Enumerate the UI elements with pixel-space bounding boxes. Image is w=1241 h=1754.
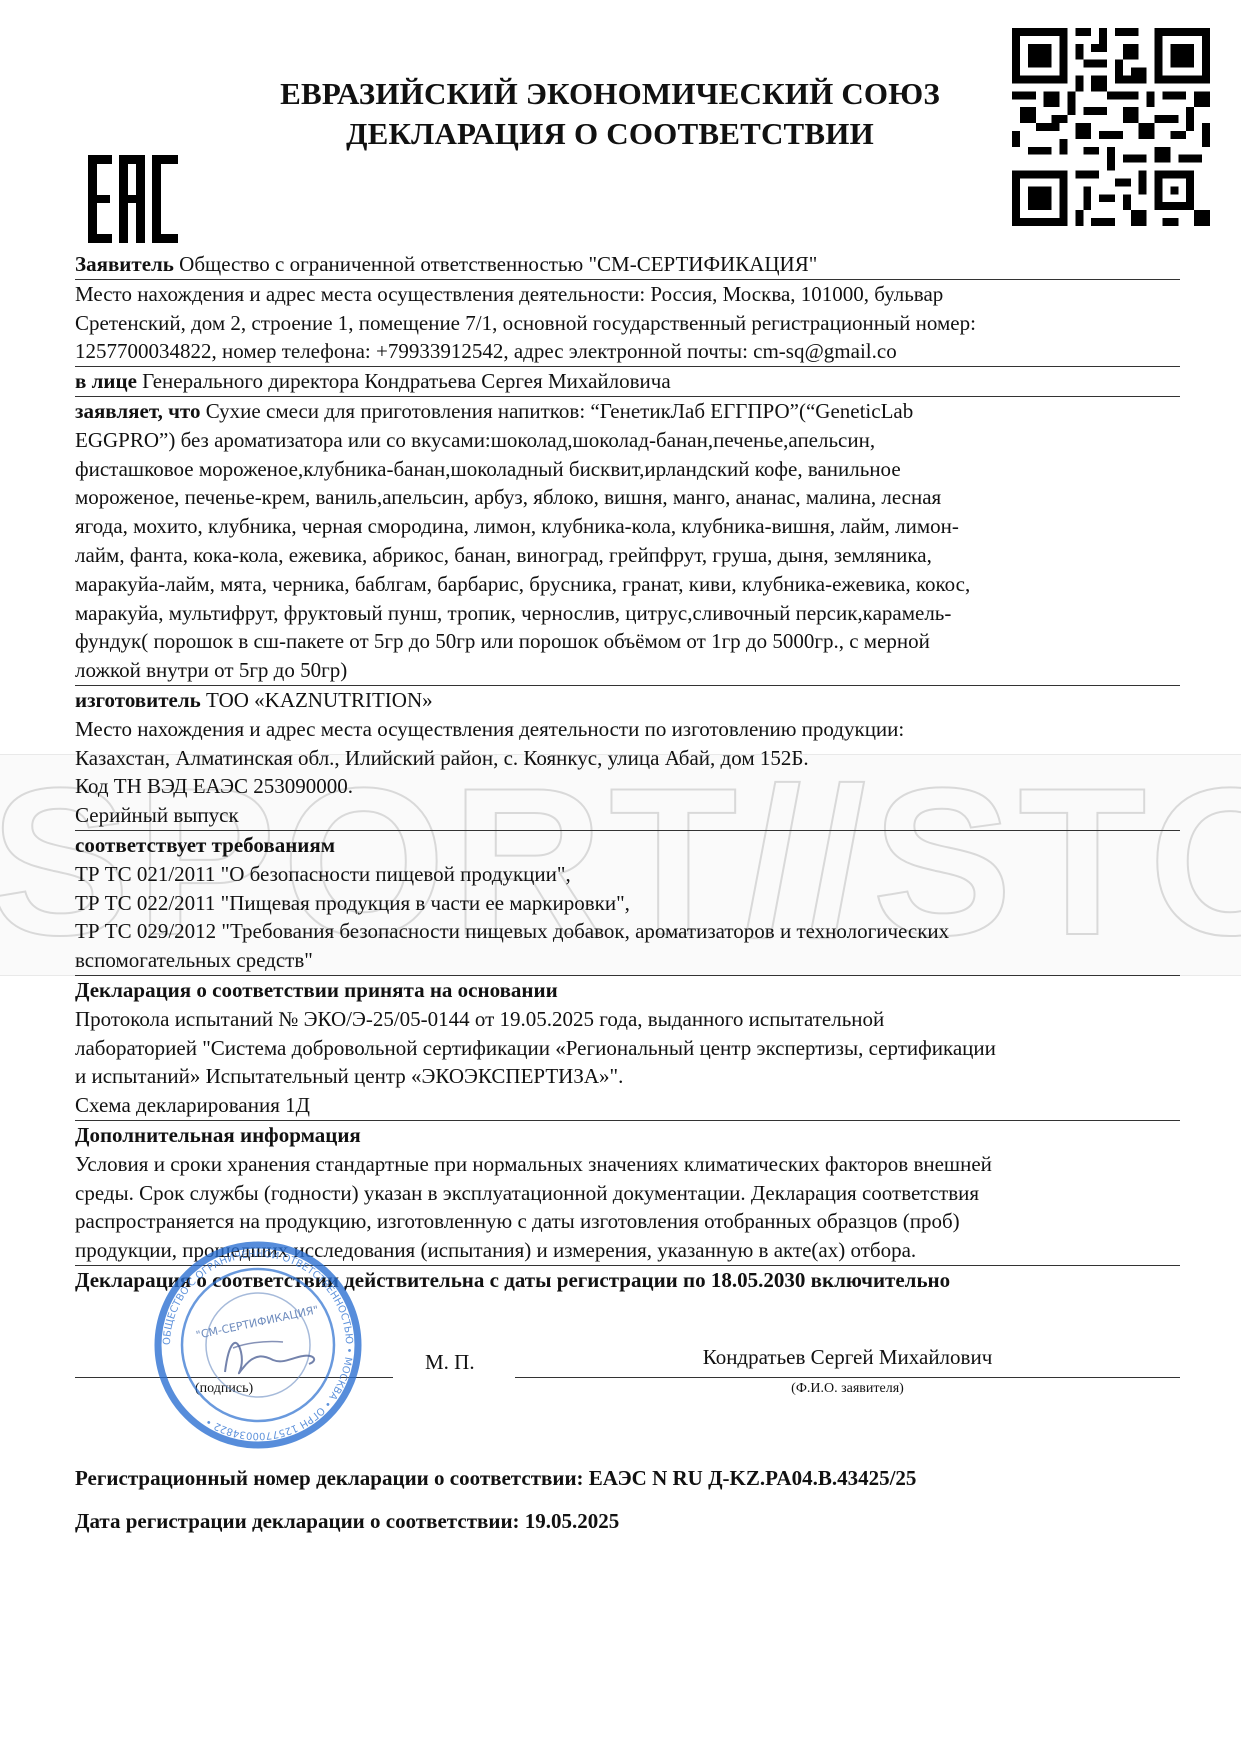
stamp-text: "СМ-СЕРТИФИКАЦИЯ" <box>195 1303 320 1342</box>
basis-line: лабораторией "Система добровольной серти… <box>75 1034 1180 1063</box>
requirement-item: вспомогательных средств" <box>75 946 1180 975</box>
requirements-label: соответствует требованиям <box>75 831 1180 860</box>
declares-line: EGGPRO”) без ароматизатора или со вкусам… <box>75 426 1180 455</box>
requirement-item: ТР ТС 029/2012 "Требования безопасности … <box>75 917 1180 946</box>
declares-line: маракуйа, мультифрут, фруктовый пунш, тр… <box>75 599 1180 628</box>
signature-caption: (подпись) <box>195 1381 253 1397</box>
qr-code-icon <box>1012 28 1210 226</box>
manufacturer-detail: Серийный выпуск <box>75 801 1180 830</box>
eac-logo-icon <box>88 155 178 243</box>
additional-info-line: среды. Срок службы (годности) указан в э… <box>75 1179 1180 1208</box>
applicant-section: Заявитель Общество с ограниченной ответс… <box>75 250 1180 1295</box>
applicant-address-line: 1257700034822, номер телефона: +79933912… <box>75 337 1180 366</box>
additional-info-label: Дополнительная информация <box>75 1121 1180 1150</box>
document-title: ЕВРАЗИЙСКИЙ ЭКОНОМИЧЕСКИЙ СОЮЗ ДЕКЛАРАЦИ… <box>240 74 980 154</box>
declares-label: заявляет, что <box>75 399 200 423</box>
title-line-union: ЕВРАЗИЙСКИЙ ЭКОНОМИЧЕСКИЙ СОЮЗ <box>240 74 980 114</box>
declares-line: ягода, мохито, клубника, черная смородин… <box>75 512 1180 541</box>
applicant-name-line <box>515 1377 1180 1378</box>
applicant-name: Кондратьев Сергей Михайлович <box>515 1345 1180 1370</box>
applicant-address-line: Сретенский, дом 2, строение 1, помещение… <box>75 309 1180 338</box>
registration-date: Дата регистрации декларации о соответств… <box>75 1509 619 1534</box>
basis-section: Декларация о соответствии принята на осн… <box>75 976 1180 1121</box>
additional-info-line: Условия и сроки хранения стандартные при… <box>75 1150 1180 1179</box>
manufacturer-section: изготовитель ТОО «KAZNUTRITION» Место на… <box>75 686 1180 831</box>
manufacturer-detail: Код ТН ВЭД ЕАЭС 253090000. <box>75 772 1180 801</box>
additional-info-section: Дополнительная информация Условия и срок… <box>75 1121 1180 1266</box>
manufacturer-detail: Казахстан, Алматинская обл., Илийский ра… <box>75 744 1180 773</box>
represented-by-line: в лице Генерального директора Кондратьев… <box>75 367 1180 397</box>
represented-by-value: Генерального директора Кондратьева Серге… <box>137 369 671 393</box>
requirements-section: соответствует требованиям ТР ТС 021/2011… <box>75 831 1180 976</box>
declares-section: заявляет, что Сухие смеси для приготовле… <box>75 397 1180 686</box>
requirement-item: ТР ТС 022/2011 "Пищевая продукция в част… <box>75 889 1180 918</box>
manufacturer-label: изготовитель <box>75 688 201 712</box>
additional-info-line: продукции, прошедших исследования (испыт… <box>75 1236 1180 1265</box>
declares-line: маракуйа-лайм, мята, черника, баблгам, б… <box>75 570 1180 599</box>
manufacturer-value: ТОО «KAZNUTRITION» <box>201 688 433 712</box>
declares-line: фисташковое мороженое,клубника-банан,шок… <box>75 455 1180 484</box>
declares-line: мороженое, печенье-крем, ваниль,апельсин… <box>75 483 1180 512</box>
signature-area: (подпись) М. П. Кондратьев Сергей Михайл… <box>75 1340 1180 1420</box>
declares-product: Сухие смеси для приготовления напитков: … <box>200 399 913 423</box>
validity-statement: Декларация о соответствии действительна … <box>75 1266 1180 1295</box>
applicant-label: Заявитель <box>75 252 174 276</box>
additional-info-line: распространяется на продукцию, изготовле… <box>75 1207 1180 1236</box>
declaration-page: SPORT//STORE ЕВРАЗИЙСКИЙ ЭКОНОМИЧЕСКИЙ С… <box>0 0 1241 1754</box>
basis-label: Декларация о соответствии принята на осн… <box>75 976 1180 1005</box>
basis-line: Схема декларирования 1Д <box>75 1091 1180 1120</box>
applicant-value: Общество с ограниченной ответственностью… <box>174 252 817 276</box>
declares-line: фундук( порошок в сш-пакете от 5гр до 50… <box>75 627 1180 656</box>
title-line-declaration: ДЕКЛАРАЦИЯ О СООТВЕТСТВИИ <box>240 114 980 154</box>
applicant-line: Заявитель Общество с ограниченной ответс… <box>75 250 1180 280</box>
registration-number: Регистрационный номер декларации о соотв… <box>75 1466 916 1491</box>
basis-line: Протокола испытаний № ЭКО/Э-25/05-0144 о… <box>75 1005 1180 1034</box>
applicant-name-caption: (Ф.И.О. заявителя) <box>515 1381 1180 1397</box>
declares-line: ложкой внутри от 5гр до 50гр) <box>75 656 1180 685</box>
applicant-address: Место нахождения и адрес места осуществл… <box>75 280 1180 367</box>
requirement-item: ТР ТС 021/2011 "О безопасности пищевой п… <box>75 860 1180 889</box>
manufacturer-detail: Место нахождения и адрес места осуществл… <box>75 715 1180 744</box>
declares-line: заявляет, что Сухие смеси для приготовле… <box>75 397 1180 426</box>
declares-line: лайм, фанта, кока-кола, ежевика, абрикос… <box>75 541 1180 570</box>
manufacturer-line: изготовитель ТОО «KAZNUTRITION» <box>75 686 1180 715</box>
signature-line <box>75 1377 393 1378</box>
applicant-address-line: Место нахождения и адрес места осуществл… <box>75 280 1180 309</box>
seal-label: М. П. <box>425 1350 475 1375</box>
basis-line: и испытаний» Испытательный центр «ЭКОЭКС… <box>75 1062 1180 1091</box>
represented-by-label: в лице <box>75 369 137 393</box>
